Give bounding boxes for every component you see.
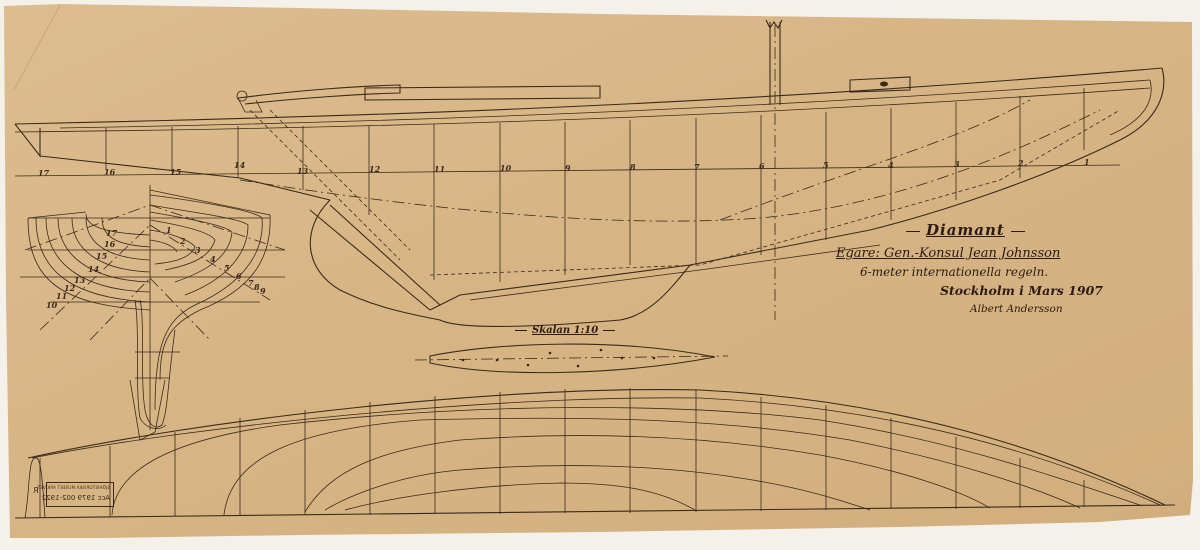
station-label: 4: [888, 160, 894, 170]
station-label: 3: [954, 159, 960, 169]
station-label: 1: [1084, 157, 1090, 167]
scale-label: Skalan 1:10: [510, 325, 620, 336]
section-label: 2: [179, 236, 186, 246]
station-label: 13: [297, 166, 309, 176]
section-label: 11: [56, 291, 67, 301]
section-label: 13: [74, 275, 86, 285]
title-block: Diamant Egare: Gen.-Konsul Jean Johnsson…: [830, 218, 1100, 328]
stamp-side-mark: R: [33, 486, 39, 495]
station-label: 8: [630, 162, 636, 172]
place-date: Stockholm i Mars 1907: [940, 283, 1103, 298]
station-label: 16: [104, 167, 116, 177]
section-label: 6: [236, 271, 242, 281]
section-label: 10: [46, 300, 58, 310]
section-label: 17: [106, 228, 118, 238]
station-label: 2: [1017, 158, 1024, 168]
section-label: 1: [166, 225, 172, 235]
stamp-accession: Acc 1979 002-1922: [42, 494, 110, 502]
station-label: 5: [823, 160, 829, 170]
owner-line: Egare: Gen.-Konsul Jean Johnsson: [836, 246, 1060, 261]
station-label: 9: [565, 163, 571, 173]
section-label: 9: [260, 286, 266, 296]
station-label: 14: [234, 160, 246, 170]
station-label: 6: [759, 161, 765, 171]
stamp-header: SJÖHISTORISKA MUSEET ARKIVET: [37, 485, 110, 490]
rule-line: 6-meter internationella regeln.: [860, 265, 1048, 279]
lines-plan-sheet: 17 16 15 14 13 12 11 10 9 8 7 6 5 4 3 2 …: [0, 0, 1200, 550]
designer-signature: Albert Andersson: [970, 303, 1063, 315]
section-label: 3: [195, 245, 201, 255]
boat-name: Diamant: [900, 221, 1031, 239]
section-label: 5: [224, 263, 230, 273]
station-label: 17: [38, 168, 50, 178]
section-label: 16: [104, 239, 116, 249]
station-label: 10: [500, 163, 512, 173]
section-label: 4: [210, 254, 216, 264]
station-label: 11: [434, 164, 445, 174]
station-label: 12: [369, 164, 381, 174]
station-label: 7: [694, 162, 700, 172]
section-label: 15: [96, 251, 108, 261]
section-label: 14: [88, 264, 100, 274]
station-label: 15: [170, 167, 182, 177]
museum-stamp: SJÖHISTORISKA MUSEET ARKIVET Acc 1979 00…: [46, 482, 114, 507]
